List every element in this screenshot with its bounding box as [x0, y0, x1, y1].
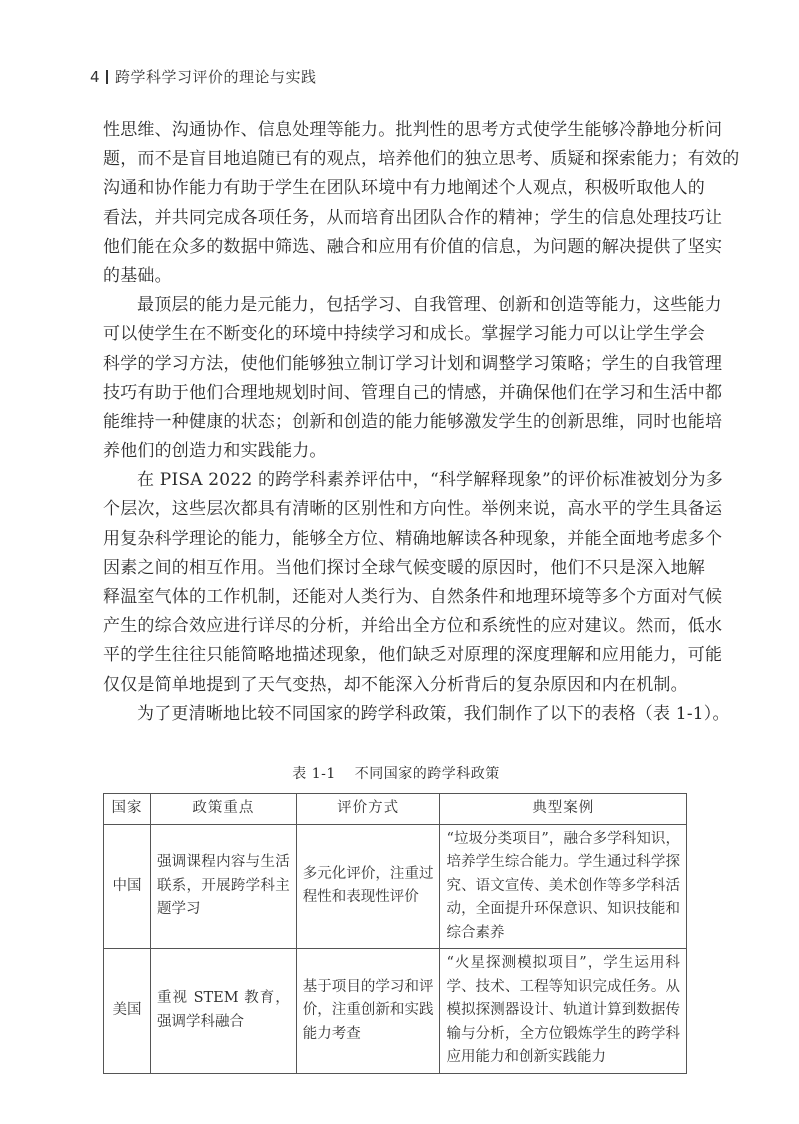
cell-evaluation: 多元化评价，注重过程性和表现性评价 — [296, 824, 440, 949]
table-title: 不同国家的跨学科政策 — [355, 766, 500, 782]
text-line: 仅仅是简单地提到了天气变热，却不能深入分析背后的复杂原因和内在机制。 — [103, 671, 689, 700]
cell-case: “火星探测模拟项目”，学生运用科学、技术、工程等知识完成任务。从模拟探测器设计、… — [440, 949, 687, 1074]
text-line: 产生的综合效应进行详尽的分析，并给出全方位和系统性的应对建议。然而，低水 — [103, 612, 689, 641]
table-row: 中国 强调课程内容与生活联系，开展跨学科主题学习 多元化评价，注重过程性和表现性… — [104, 824, 687, 949]
text-line: 养他们的创造力和实践能力。 — [103, 437, 689, 466]
cell-focus: 强调课程内容与生活联系，开展跨学科主题学习 — [150, 824, 296, 949]
cell-country: 中国 — [104, 824, 151, 949]
header-case: 典型案例 — [440, 794, 687, 825]
text-line: 个层次，这些层次都具有清晰的区别性和方向性。举例来说，高水平的学生具备运 — [103, 495, 689, 524]
running-header: 4 跨学科学习评价的理论与实践 — [90, 66, 317, 87]
book-title: 跨学科学习评价的理论与实践 — [115, 66, 317, 87]
text-line: 释温室气体的工作机制，还能对人类行为、自然条件和地理环境等多个方面对气候 — [103, 583, 689, 612]
header-focus: 政策重点 — [150, 794, 296, 825]
paragraph: 性思维、沟通协作、信息处理等能力。批判性的思考方式使学生能够冷静地分析问 题，而… — [103, 116, 689, 291]
paragraph: 最顶层的能力是元能力，包括学习、自我管理、创新和创造等能力，这些能力 可以使学生… — [103, 291, 689, 466]
text-line: 用复杂科学理论的能力，能够全方位、精确地解读各种现象，并能全面地考虑多个 — [103, 525, 689, 554]
text-line: 最顶层的能力是元能力，包括学习、自我管理、创新和创造等能力，这些能力 — [103, 291, 689, 320]
text-line: 的基础。 — [103, 262, 689, 291]
table-number: 表 1-1 — [292, 766, 336, 782]
text-line: 性思维、沟通协作、信息处理等能力。批判性的思考方式使学生能够冷静地分析问 — [103, 116, 689, 145]
text-line: 能维持一种健康的状态；创新和创造的能力能够激发学生的创新思维，同时也能培 — [103, 408, 689, 437]
cell-focus: 重视 STEM 教育，强调学科融合 — [150, 949, 296, 1074]
body-text: 性思维、沟通协作、信息处理等能力。批判性的思考方式使学生能够冷静地分析问 题，而… — [103, 116, 689, 729]
cell-case: “垃圾分类项目”，融合多学科知识，培养学生综合能力。学生通过科学探究、语文宣传、… — [440, 824, 687, 949]
text-line: 为了更清晰地比较不同国家的跨学科政策，我们制作了以下的表格（表 1-1）。 — [103, 700, 689, 729]
text-line: 他们能在众多的数据中筛选、融合和应用有价值的信息，为问题的解决提供了坚实 — [103, 233, 689, 262]
paragraph: 为了更清晰地比较不同国家的跨学科政策，我们制作了以下的表格（表 1-1）。 — [103, 700, 689, 729]
header-evaluation: 评价方式 — [296, 794, 440, 825]
table-row: 美国 重视 STEM 教育，强调学科融合 基于项目的学习和评价，注重创新和实践能… — [104, 949, 687, 1074]
text-line: 技巧有助于他们合理地规划时间、管理自己的情感，并确保他们在学习和生活中都 — [103, 379, 689, 408]
header-country: 国家 — [104, 794, 151, 825]
text-line: 科学的学习方法，使他们能够独立制订学习计划和调整学习策略；学生的自我管理 — [103, 350, 689, 379]
table-header-row: 国家 政策重点 评价方式 典型案例 — [104, 794, 687, 825]
table-caption: 表 1-1 不同国家的跨学科政策 — [103, 763, 689, 783]
text-line: 可以使学生在不断变化的环境中持续学习和成长。掌握学习能力可以让学生学会 — [103, 320, 689, 349]
text-line: 平的学生往往只能简略地描述现象，他们缺乏对原理的深度理解和应用能力，可能 — [103, 641, 689, 670]
text-line: 因素之间的相互作用。当他们探讨全球气候变暖的原因时，他们不只是深入地解 — [103, 554, 689, 583]
page-number: 4 — [90, 68, 100, 86]
text-line: 看法，并共同完成各项任务，从而培育出团队合作的精神；学生的信息处理技巧让 — [103, 204, 689, 233]
text-line: 沟通和协作能力有助于学生在团队环境中有力地阐述个人观点，积极听取他人的 — [103, 174, 689, 203]
policy-table: 国家 政策重点 评价方式 典型案例 中国 强调课程内容与生活联系，开展跨学科主题… — [103, 793, 687, 1074]
paragraph: 在 PISA 2022 的跨学科素养评估中，“科学解释现象”的评价标准被划分为多… — [103, 466, 689, 700]
header-divider — [106, 70, 108, 84]
cell-country: 美国 — [104, 949, 151, 1074]
text-line: 题，而不是盲目地追随已有的观点，培养他们的独立思考、质疑和探索能力；有效的 — [103, 145, 689, 174]
text-line: 在 PISA 2022 的跨学科素养评估中，“科学解释现象”的评价标准被划分为多 — [103, 466, 689, 495]
cell-evaluation: 基于项目的学习和评价，注重创新和实践能力考查 — [296, 949, 440, 1074]
